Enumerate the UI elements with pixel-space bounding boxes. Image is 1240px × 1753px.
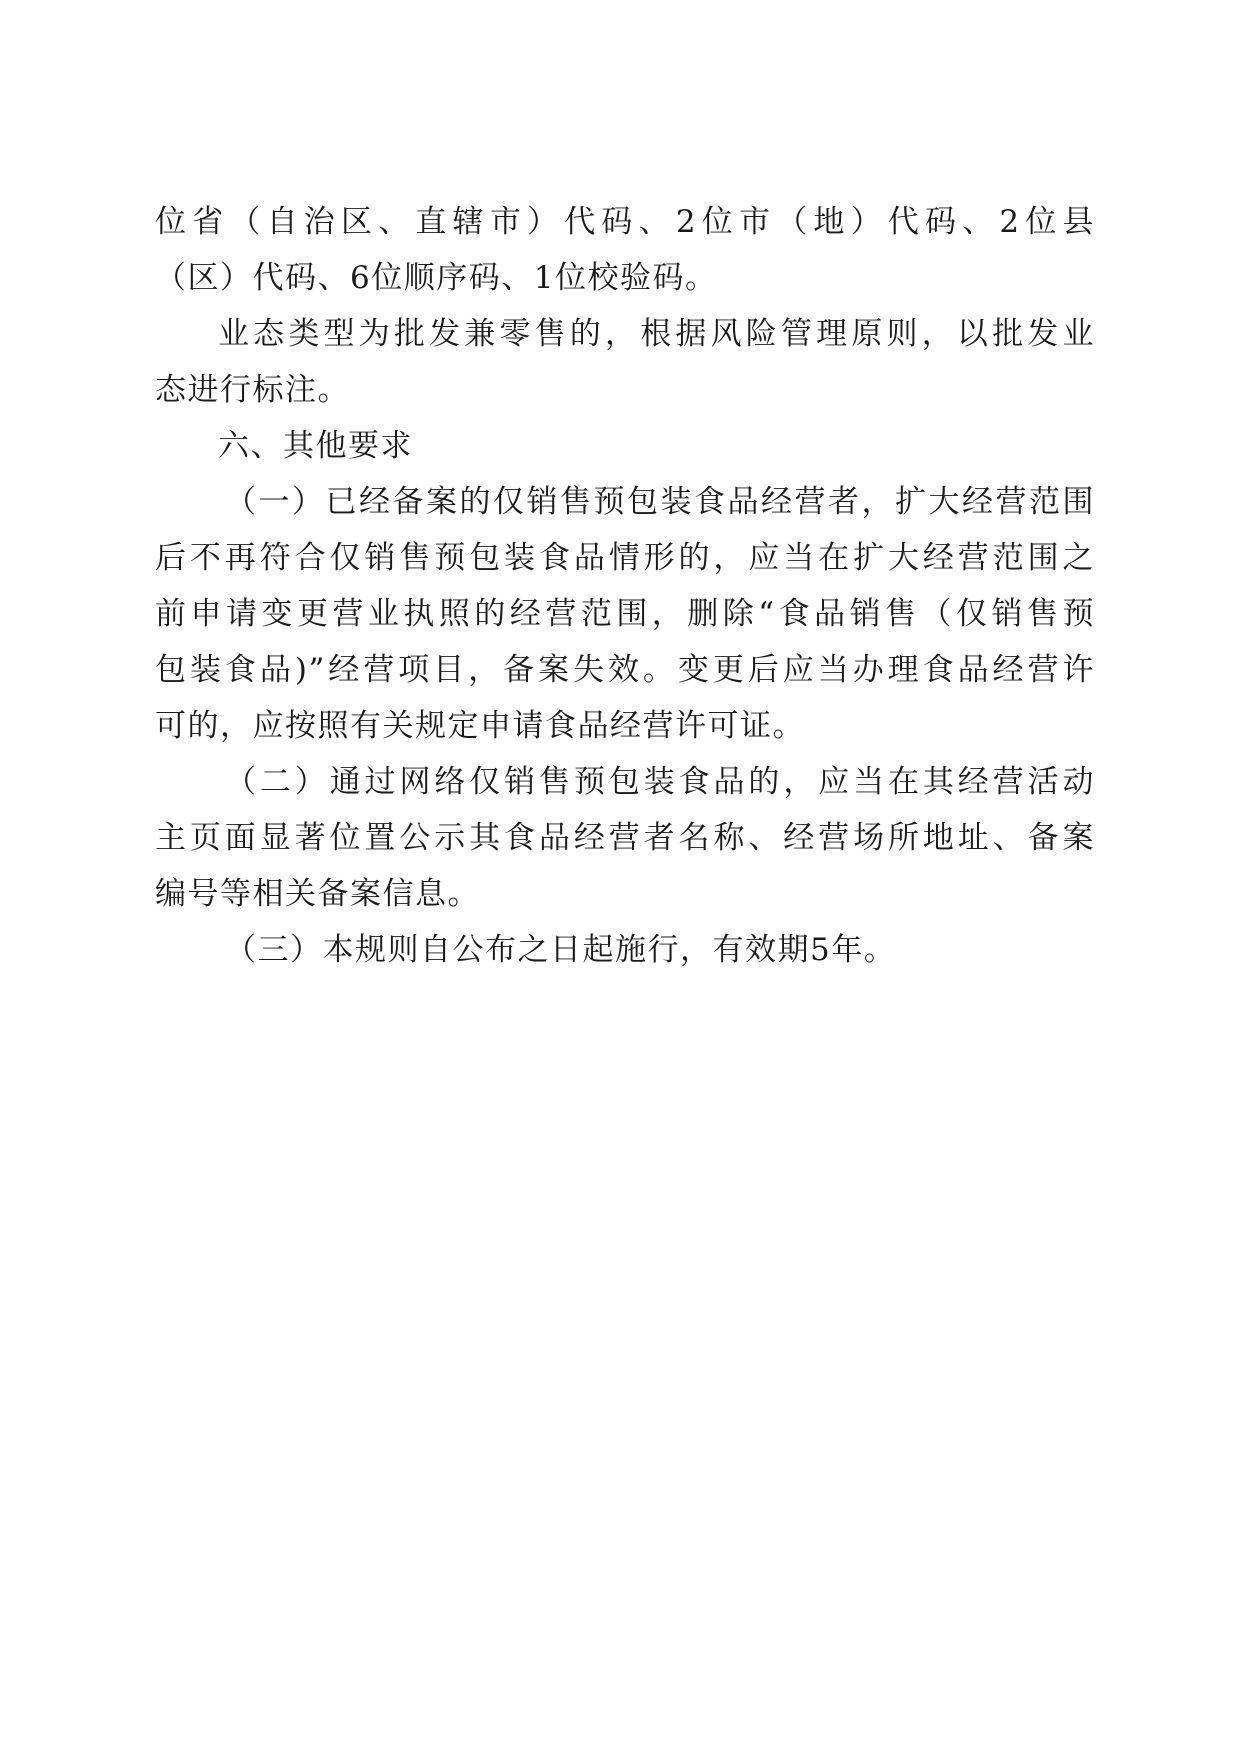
- paragraph-line: （一）已经备案的仅销售预包装食品经营者，扩大经营范围: [225, 482, 1095, 522]
- paragraph-line: 主页面显著位置公示其食品经营者名称、经营场所地址、备案: [155, 818, 1095, 858]
- paragraph-line: 前申请变更营业执照的经营范围，删除“食品销售（仅销售预: [155, 594, 1095, 634]
- paragraph-line: （区）代码、6位顺序码、1位校验码。: [155, 258, 1095, 298]
- paragraph-line: 可的，应按照有关规定申请食品经营许可证。: [155, 706, 1095, 746]
- document-page: 位省（自治区、直辖市）代码、2位市（地）代码、2位县 （区）代码、6位顺序码、1…: [0, 0, 1240, 1753]
- paragraph-line: 态进行标注。: [155, 370, 1095, 410]
- paragraph-line: （三）本规则自公布之日起施行，有效期5年。: [225, 930, 1095, 970]
- paragraph-line: （二）通过网络仅销售预包装食品的，应当在其经营活动: [225, 762, 1095, 802]
- paragraph-line: 位省（自治区、直辖市）代码、2位市（地）代码、2位县: [155, 202, 1095, 242]
- paragraph-line: 包装食品)”经营项目，备案失效。变更后应当办理食品经营许: [155, 650, 1095, 690]
- section-heading: 六、其他要求: [218, 426, 1095, 466]
- paragraph-line: 业态类型为批发兼零售的，根据风险管理原则，以批发业: [218, 314, 1095, 354]
- paragraph-line: 编号等相关备案信息。: [155, 874, 1095, 914]
- paragraph-line: 后不再符合仅销售预包装食品情形的，应当在扩大经营范围之: [155, 538, 1095, 578]
